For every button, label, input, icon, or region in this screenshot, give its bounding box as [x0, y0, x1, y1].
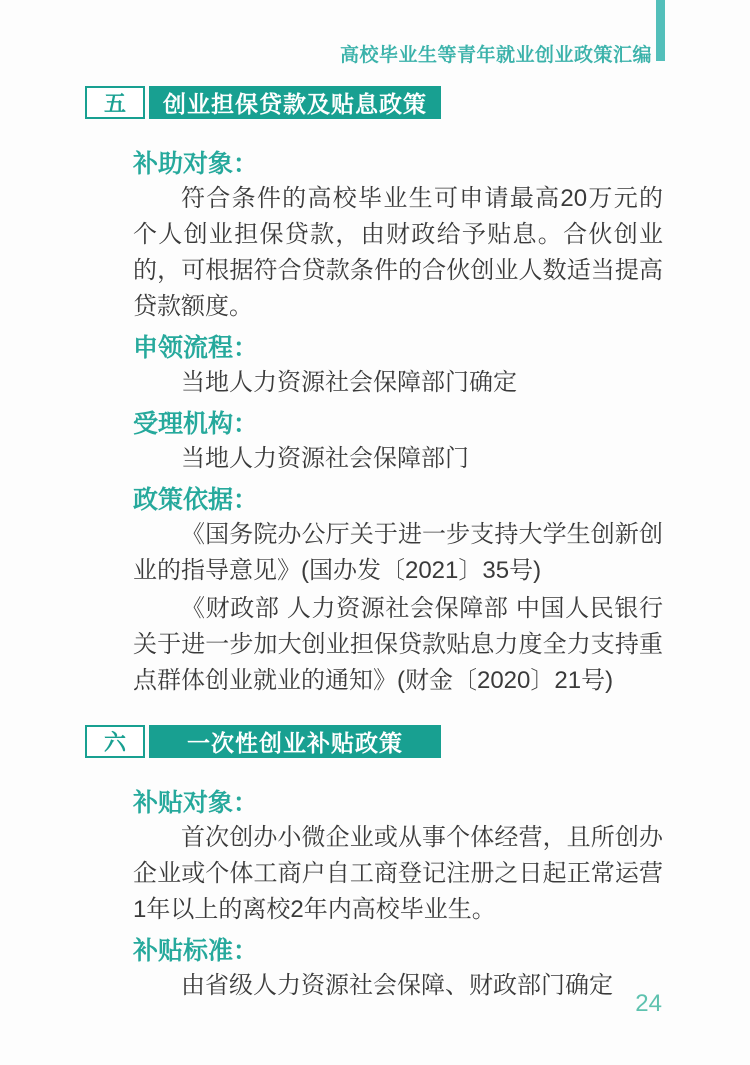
paragraph-policy-basis-2: 《财政部 人力资源社会保障部 中国人民银行 关于进一步加大创业担保贷款贴息力度全… — [133, 591, 663, 699]
section-six-title: 一次性创业补贴政策 — [149, 725, 441, 758]
heading-policy-basis: 政策依据： — [133, 485, 663, 515]
section-six-header: 六 一次性创业补贴政策 — [85, 725, 750, 758]
section-five-header: 五 创业担保贷款及贴息政策 — [85, 86, 750, 119]
document-header-title: 高校毕业生等青年就业创业政策汇编 — [340, 40, 652, 67]
section-five: 五 创业担保贷款及贴息政策 补助对象： 符合条件的高校毕业生可申请最高20万元的… — [0, 86, 750, 699]
paragraph-policy-basis-1: 《国务院办公厅关于进一步支持大学生创新创业的指导意见》(国办发〔2021〕35号… — [133, 517, 663, 589]
paragraph-accepting-agency: 当地人力资源社会保障部门 — [133, 441, 663, 477]
paragraph-subsidy-target: 符合条件的高校毕业生可申请最高20万元的个人创业担保贷款，由财政给予贴息。合伙创… — [133, 181, 663, 325]
section-six: 六 一次性创业补贴政策 补贴对象： 首次创办小微企业或从事个体经营，且所创办企业… — [0, 725, 750, 1004]
section-five-number: 五 — [85, 86, 145, 119]
paragraph-application-process: 当地人力资源社会保障部门确定 — [133, 365, 663, 401]
page-number: 24 — [635, 990, 662, 1018]
document-page: 高校毕业生等青年就业创业政策汇编 五 创业担保贷款及贴息政策 补助对象： 符合条… — [0, 0, 750, 1065]
heading-subsidy-target: 补助对象： — [133, 149, 663, 179]
section-five-title: 创业担保贷款及贴息政策 — [149, 86, 441, 119]
paragraph-grant-target: 首次创办小微企业或从事个体经营，且所创办企业或个体工商户自工商登记注册之日起正常… — [133, 820, 663, 928]
heading-grant-target: 补贴对象： — [133, 788, 663, 818]
heading-grant-standard: 补贴标准： — [133, 936, 663, 966]
section-five-content: 补助对象： 符合条件的高校毕业生可申请最高20万元的个人创业担保贷款，由财政给予… — [133, 149, 663, 699]
paragraph-grant-standard: 由省级人力资源社会保障、财政部门确定 — [133, 968, 663, 1004]
heading-application-process: 申领流程： — [133, 333, 663, 363]
section-six-number: 六 — [85, 725, 145, 758]
header-accent-bar — [656, 0, 665, 61]
heading-accepting-agency: 受理机构： — [133, 409, 663, 439]
section-six-content: 补贴对象： 首次创办小微企业或从事个体经营，且所创办企业或个体工商户自工商登记注… — [133, 788, 663, 1004]
